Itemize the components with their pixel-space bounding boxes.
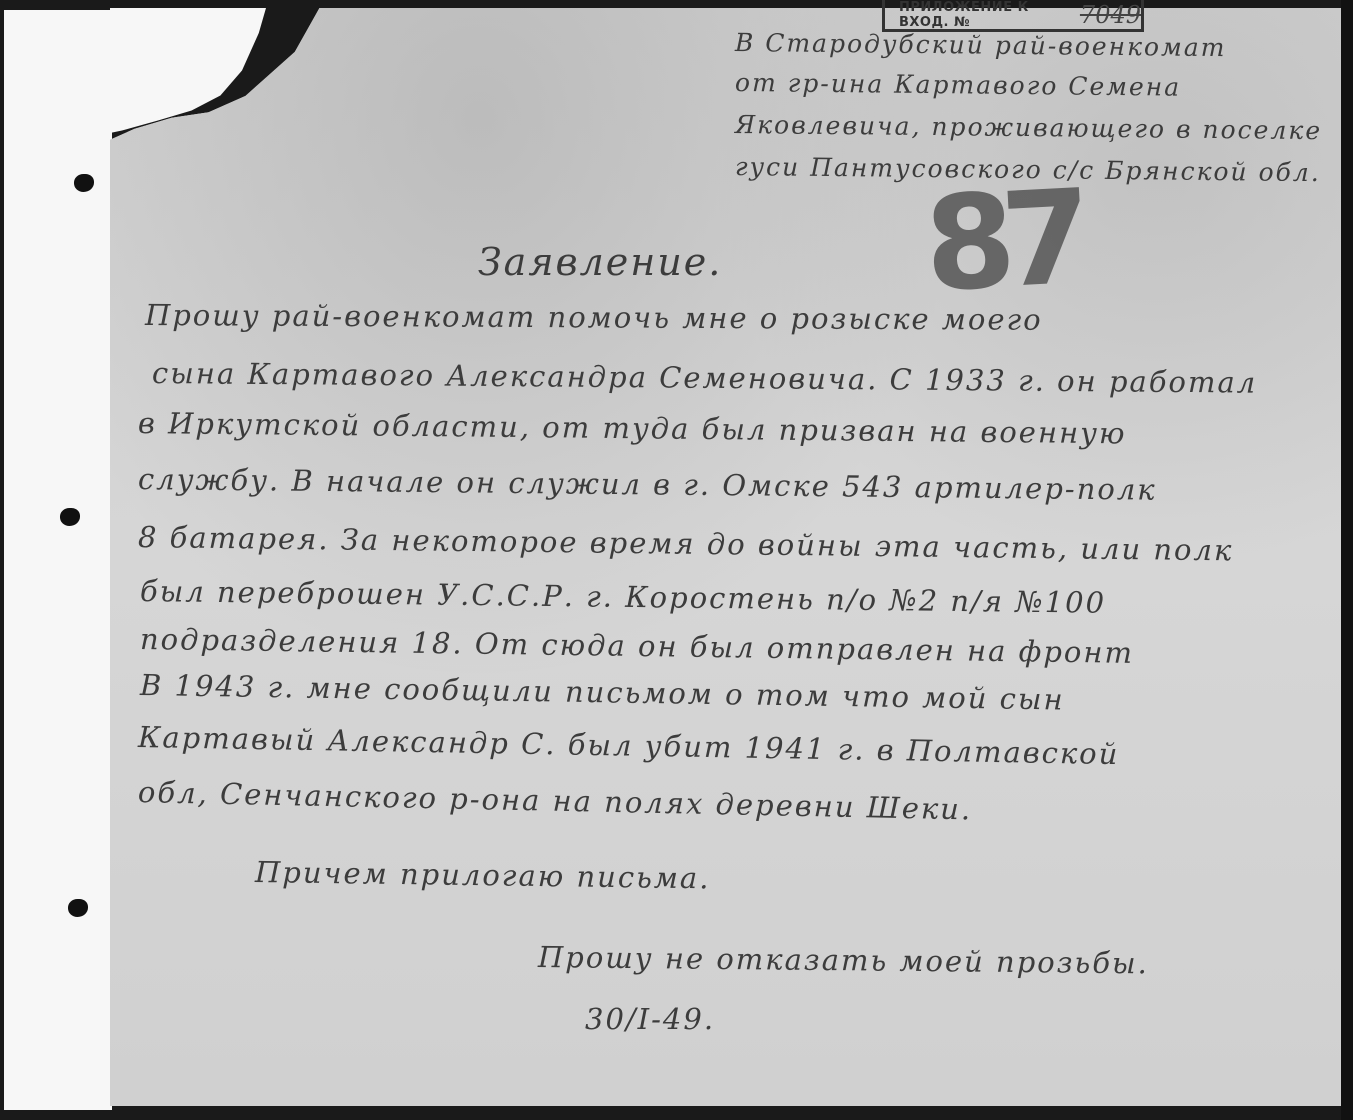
closing-line: Прошу не отказать моей прозьбы. (538, 940, 1149, 980)
address-line: от гр-ина Картавого Семена (735, 68, 1181, 102)
registration-stamp: ПРИЛОЖЕНИЕ К ВХОД. № 7049 (882, 0, 1144, 32)
left-margin-strip (4, 10, 112, 1110)
stamp-number: 7049 (1080, 1, 1141, 29)
address-line: Яковлевича, проживающего в поселке (735, 110, 1322, 145)
address-line: В Стародубский рай-военкомат (735, 28, 1227, 62)
document-title: Заявление. (478, 240, 722, 284)
stamp-label: ПРИЛОЖЕНИЕ К ВХОД. № (899, 0, 1070, 30)
scan-border-right (1341, 0, 1353, 1120)
body-line: Причем прилогаю письма. (255, 855, 711, 895)
pencil-number-mark: 87 (921, 161, 1082, 321)
letter-date: 30/I-49. (585, 1002, 715, 1036)
body-line: Прошу рай-военкомат помочь мне о розыске… (145, 298, 1043, 337)
